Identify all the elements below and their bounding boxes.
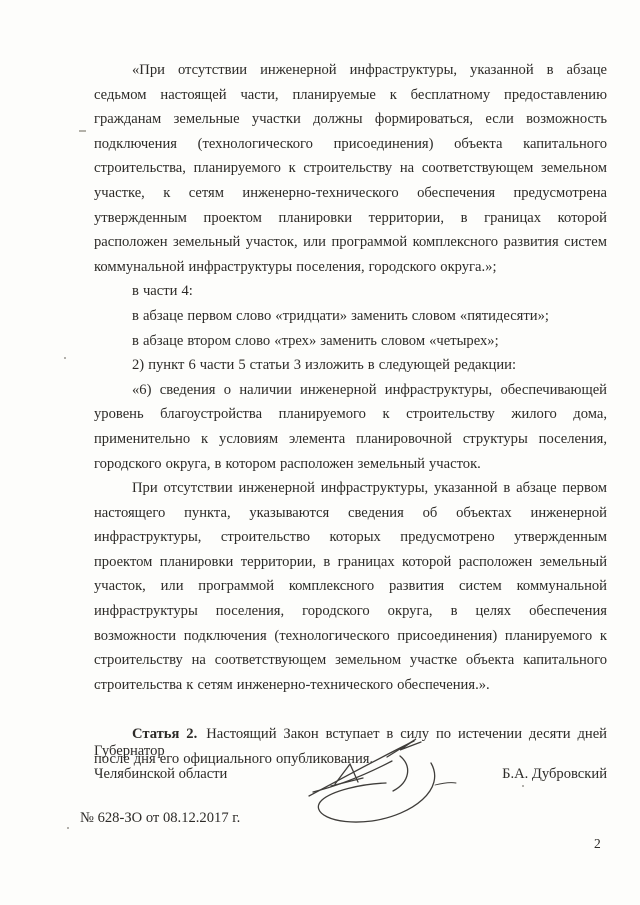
scan-artifact (64, 357, 66, 359)
signer-name: Б.А. Дубровский (502, 763, 607, 786)
paragraph-replace-three: в абзаце втором слово «трех» заменить сл… (94, 329, 607, 354)
document-body: «При отсутствии инженерной инфраструктур… (94, 58, 607, 772)
signer-title-line2: Челябинской области (94, 763, 227, 786)
document-registration-number: № 628-ЗО от 08.12.2017 г. (80, 810, 240, 827)
paragraph-part-4: в части 4: (94, 279, 607, 304)
paragraph-replace-thirty: в абзаце первом слово «тридцати» заменит… (94, 304, 607, 329)
paragraph-point-6-text: «6) сведения о наличии инженерной инфрас… (94, 378, 607, 476)
scan-artifact (79, 130, 86, 132)
scan-artifact (67, 827, 69, 829)
paragraph-point-6-intro: 2) пункт 6 части 5 статьи 3 изложить в с… (94, 353, 607, 378)
page-number: 2 (594, 836, 601, 852)
scanned-law-page: «При отсутствии инженерной инфраструктур… (0, 0, 640, 905)
signer-title: Губернатор Челябинской области (94, 740, 227, 786)
paragraph-quote-infrastructure: «При отсутствии инженерной инфраструктур… (94, 58, 607, 279)
signer-title-line1: Губернатор (94, 740, 227, 763)
scan-artifact (522, 785, 524, 787)
paragraph-absence-infrastructure: При отсутствии инженерной инфраструктуры… (94, 476, 607, 697)
scan-artifact (98, 686, 100, 688)
signature-block: Губернатор Челябинской области Б.А. Дубр… (94, 740, 607, 786)
